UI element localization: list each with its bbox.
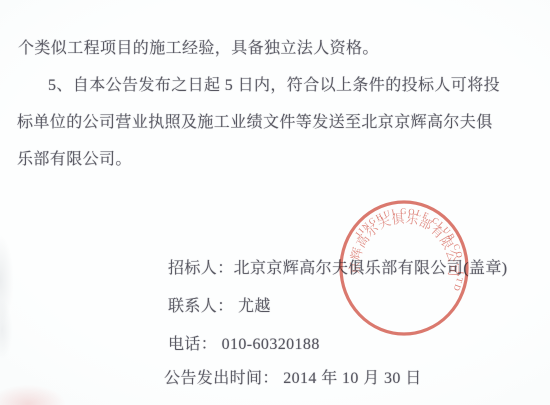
document-page: 个类似工程项目的施工经验，具备独立法人资格。 5、自本公告发布之日起 5 日内，… (0, 0, 550, 405)
phone-line: 电话： 010-60320188 (168, 331, 320, 354)
body-line-2: 5、自本公告发布之日起 5 日内，符合以上条件的投标人可将投 (48, 72, 500, 95)
body-line-3: 标单位的公司营业执照及施工业绩文件等发送至北京京辉高尔夫俱 (17, 109, 493, 132)
contact-person-line: 联系人： 尤越 (168, 293, 271, 316)
body-line-1: 个类似工程项目的施工经验，具备独立法人资格。 (18, 35, 379, 58)
announcement-date-line: 公告发出时间： 2014 年 10 月 30 日 (164, 365, 422, 388)
company-seal-stamp: JINGHUI GOLF CLUB CO., LTD 京辉高尔夫俱乐部有限公司 (338, 200, 470, 337)
body-line-4: 乐部有限公司。 (17, 146, 132, 169)
